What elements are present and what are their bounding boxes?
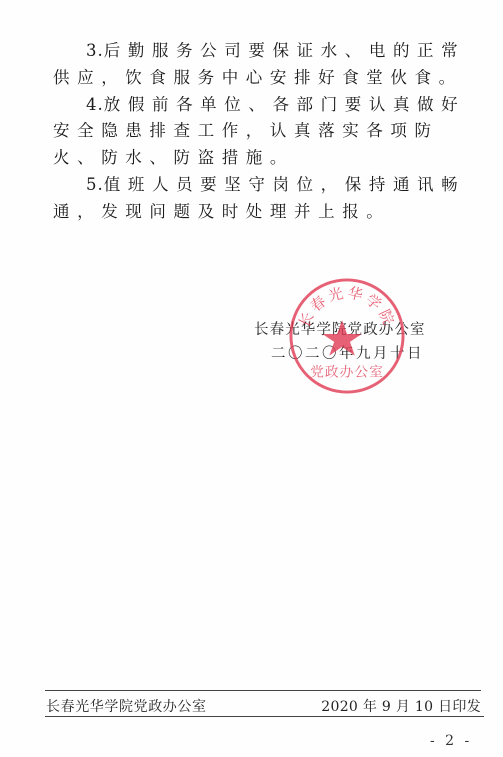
page-number: - 2 -: [430, 733, 472, 749]
document-body: 3.后勤服务公司要保证水、电的正常供应，饮食服务中心安排好食堂伙食。 4.放假前…: [53, 38, 473, 226]
footer-issuer: 长春光华学院党政办公室: [46, 696, 207, 716]
footer-issued-date: 2020 年 9 月 10 日印发: [321, 696, 481, 716]
paragraph-item-5: 5.值班人员要坚守岗位，保持通讯畅通，发现问题及时处理并上报。: [53, 172, 473, 226]
paragraph-number: 3.: [86, 41, 104, 60]
signature-date: 二〇二〇年九月十日: [254, 342, 434, 366]
document-page: 3.后勤服务公司要保证水、电的正常供应，饮食服务中心安排好食堂伙食。 4.放假前…: [0, 0, 503, 757]
footer-bottom-rule: [45, 716, 484, 717]
footer-top-rule: [45, 690, 481, 691]
paragraph-number: 5.: [86, 175, 104, 194]
signature-issuer: 长春光华学院党政办公室: [254, 318, 434, 342]
paragraph-number: 4.: [86, 95, 104, 114]
paragraph-text: 后勤服务公司要保证水、电的正常供应，饮食服务中心安排好食堂伙食。: [53, 41, 465, 87]
paragraph-item-3: 3.后勤服务公司要保证水、电的正常供应，饮食服务中心安排好食堂伙食。: [53, 38, 473, 92]
signature-block: 长春光华学院党政办公室 二〇二〇年九月十日: [254, 318, 434, 366]
paragraph-text: 值班人员要坚守岗位，保持通讯畅通，发现问题及时处理并上报。: [53, 175, 465, 221]
paragraph-item-4: 4.放假前各单位、各部门要认真做好安全隐患排查工作，认真落实各项防火、防水、防盗…: [53, 92, 473, 172]
paragraph-text: 放假前各单位、各部门要认真做好安全隐患排查工作，认真落实各项防火、防水、防盗措施…: [53, 95, 465, 168]
